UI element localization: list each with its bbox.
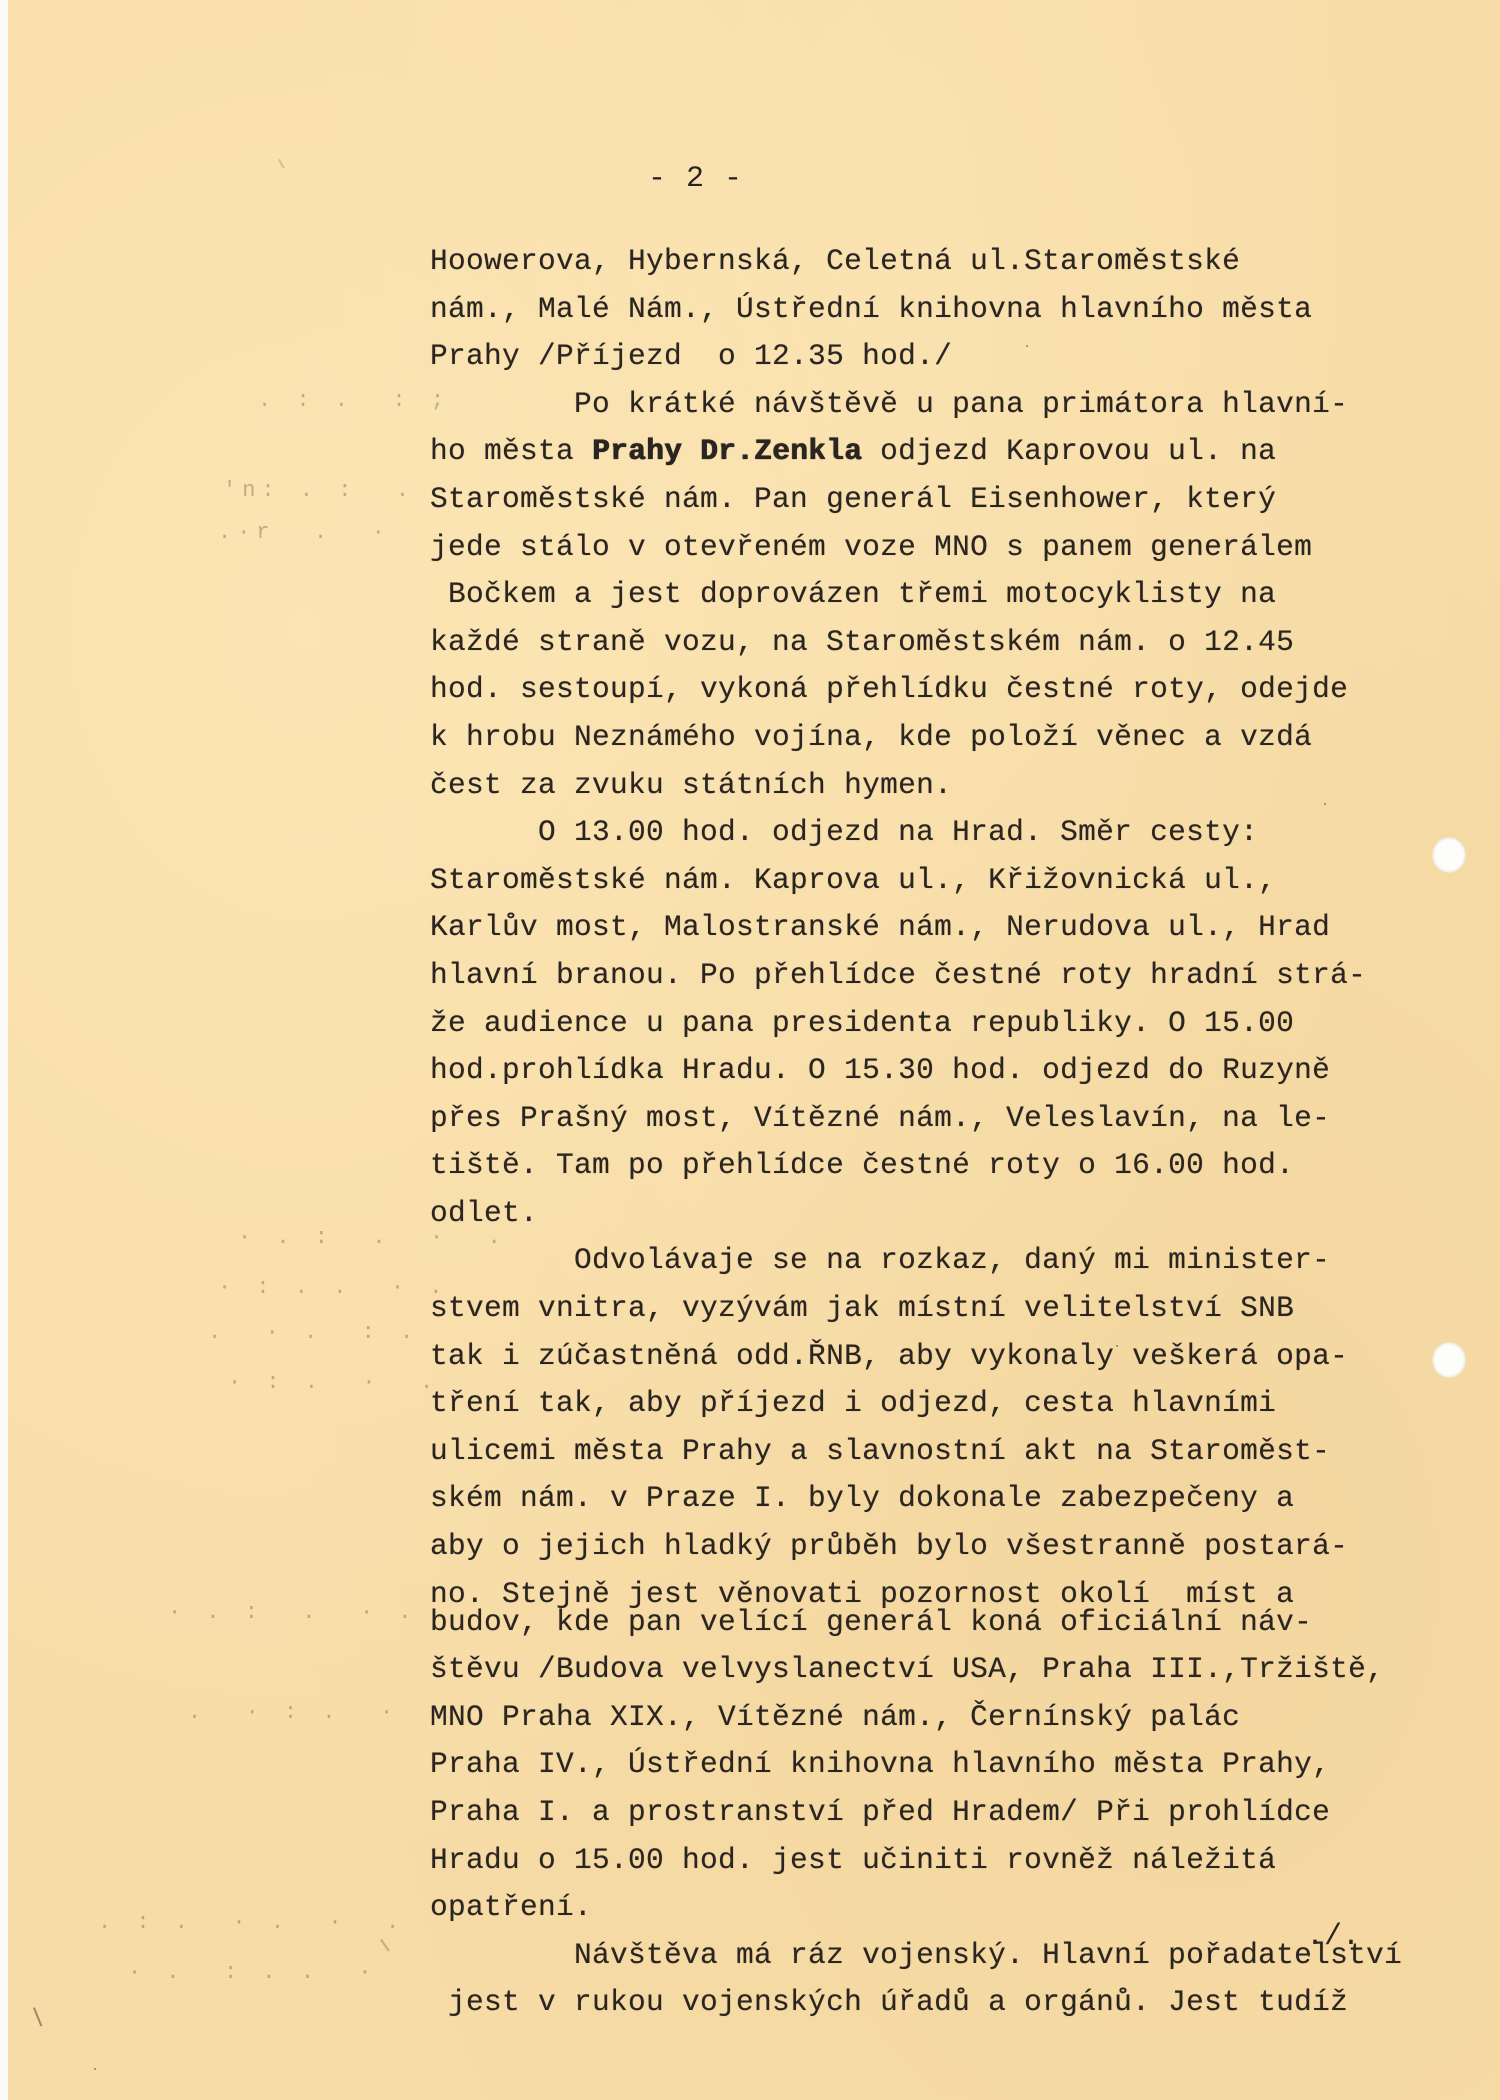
margin-bleed-mark: 'n: . : . (223, 478, 415, 503)
text-line: hod. sestoupí, vykoná přehlídku čestné r… (430, 666, 1450, 714)
text-line: Bočkem a jest doprovázen třemi motocykli… (430, 571, 1450, 619)
text-line: jede stálo v otevřeném voze MNO s panem … (430, 524, 1450, 572)
text-line: O 13.00 hod. odjezd na Hrad. Směr cesty: (430, 809, 1450, 857)
text-line: každé straně vozu, na Staroměstském nám.… (430, 619, 1450, 667)
margin-bleed-mark: · : . · . (228, 1370, 439, 1395)
paper-speck (1324, 803, 1326, 805)
text-line: ulicemi města Prahy a slavnostní akt na … (430, 1428, 1450, 1476)
text-line: Staroměstské nám. Pan generál Eisenhower… (430, 476, 1450, 524)
text-line: tak i zúčastněná odd.ŘNB, aby vykonaly v… (430, 1333, 1450, 1381)
text-line: stvem vnitra, vyzývám jak místní velitel… (430, 1285, 1450, 1333)
text-line: tiště. Tam po přehlídce čestné roty o 16… (430, 1142, 1450, 1190)
margin-bleed-mark: . : . · . · . (98, 1910, 405, 1935)
text-line: štěvu /Budova velvyslanectví USA, Praha … (430, 1646, 1450, 1694)
text-line: ho města Prahy Dr.Zenkla odjezd Kaprovou… (430, 428, 1450, 476)
text-line: hod.prohlídka Hradu. O 15.30 hod. odjezd… (430, 1047, 1450, 1095)
text-line: Odvolávaje se na rozkaz, daný mi ministe… (430, 1237, 1450, 1285)
text-line: hlavní branou. Po přehlídce čestné roty … (430, 952, 1450, 1000)
text-line: k hrobu Neznámého vojína, kde položí věn… (430, 714, 1450, 762)
text-line: jest v rukou vojenských úřadů a orgánů. … (430, 1979, 1450, 2027)
document-page: - 2 - Hoowerova, Hybernská, Celetná ul.S… (8, 0, 1500, 2100)
text-line: Návštěva má ráz vojenský. Hlavní pořadat… (430, 1932, 1450, 1980)
text-line: odlet. (430, 1190, 1450, 1238)
text-line: Karlův most, Malostranské nám., Nerudova… (430, 904, 1450, 952)
text-line: čest za zvuku státních hymen. (430, 762, 1450, 810)
paper-speck (1308, 1955, 1310, 1957)
text-line: opatření. (430, 1884, 1450, 1932)
page-number: - 2 - (648, 162, 743, 196)
text-line: přes Prašný most, Vítězné nám., Veleslav… (430, 1095, 1450, 1143)
margin-bleed-mark: . : . : ; (258, 388, 450, 413)
typewritten-body: Hoowerova, Hybernská, Celetná ul.Staromě… (430, 238, 1450, 2027)
text-line: Praha IV., Ústřední knihovna hlavního mě… (430, 1741, 1450, 1789)
text-line: no. Stejně jest věnovati pozornost okolí… (430, 1571, 1450, 1599)
margin-bleed-mark: . · . : . (208, 1320, 419, 1345)
continuation-mark: ./. (1306, 1920, 1360, 1954)
paper-scratch (278, 159, 285, 169)
text-line: Praha I. a prostranství před Hradem/ Při… (430, 1789, 1450, 1837)
text-line: MNO Praha XIX., Vítězné nám., Černínský … (430, 1694, 1450, 1742)
text-line: Hoowerova, Hybernská, Celetná ul.Staromě… (430, 238, 1450, 286)
text-line: aby o jejich hladký průběh bylo všestran… (430, 1523, 1450, 1571)
paper-scratch (33, 2007, 42, 2026)
text-line: Hradu o 15.00 hod. jest učiniti rovněž n… (430, 1837, 1450, 1885)
line-text: odjezd Kaprovou ul. na (862, 434, 1276, 468)
text-line: že audience u pana presidenta republiky.… (430, 1000, 1450, 1048)
emphasized-name: Prahy Dr.Zenkla (592, 434, 862, 468)
margin-bleed-mark: · . : . . · (128, 1960, 378, 1985)
margin-bleed-mark: · . : . · . (168, 1600, 418, 1625)
paper-speck (1116, 1345, 1118, 1347)
margin-bleed-mark: · . : . · . (238, 1225, 507, 1250)
paper-speck (94, 2068, 96, 2070)
text-line: tření tak, aby příjezd i odjezd, cesta h… (430, 1380, 1450, 1428)
margin-bleed-mark: · : . . · . (218, 1275, 448, 1300)
text-line: ském nám. v Praze I. byly dokonale zabez… (430, 1475, 1450, 1523)
text-line: Po krátké návštěvě u pana primátora hlav… (430, 381, 1450, 429)
margin-bleed-mark: . · : . · (188, 1700, 399, 1725)
paper-speck (1026, 345, 1028, 347)
paper-scratch (380, 1939, 390, 1952)
text-line: Prahy /Příjezd o 12.35 hod./ (430, 333, 1450, 381)
line-text: ho města (430, 434, 592, 468)
text-line: budov, kde pan velící generál koná ofici… (430, 1599, 1450, 1647)
text-line: nám., Malé Nám., Ústřední knihovna hlavn… (430, 286, 1450, 334)
margin-bleed-mark: .·r . · (218, 520, 391, 545)
text-line: Staroměstské nám. Kaprova ul., Křižovnic… (430, 857, 1450, 905)
